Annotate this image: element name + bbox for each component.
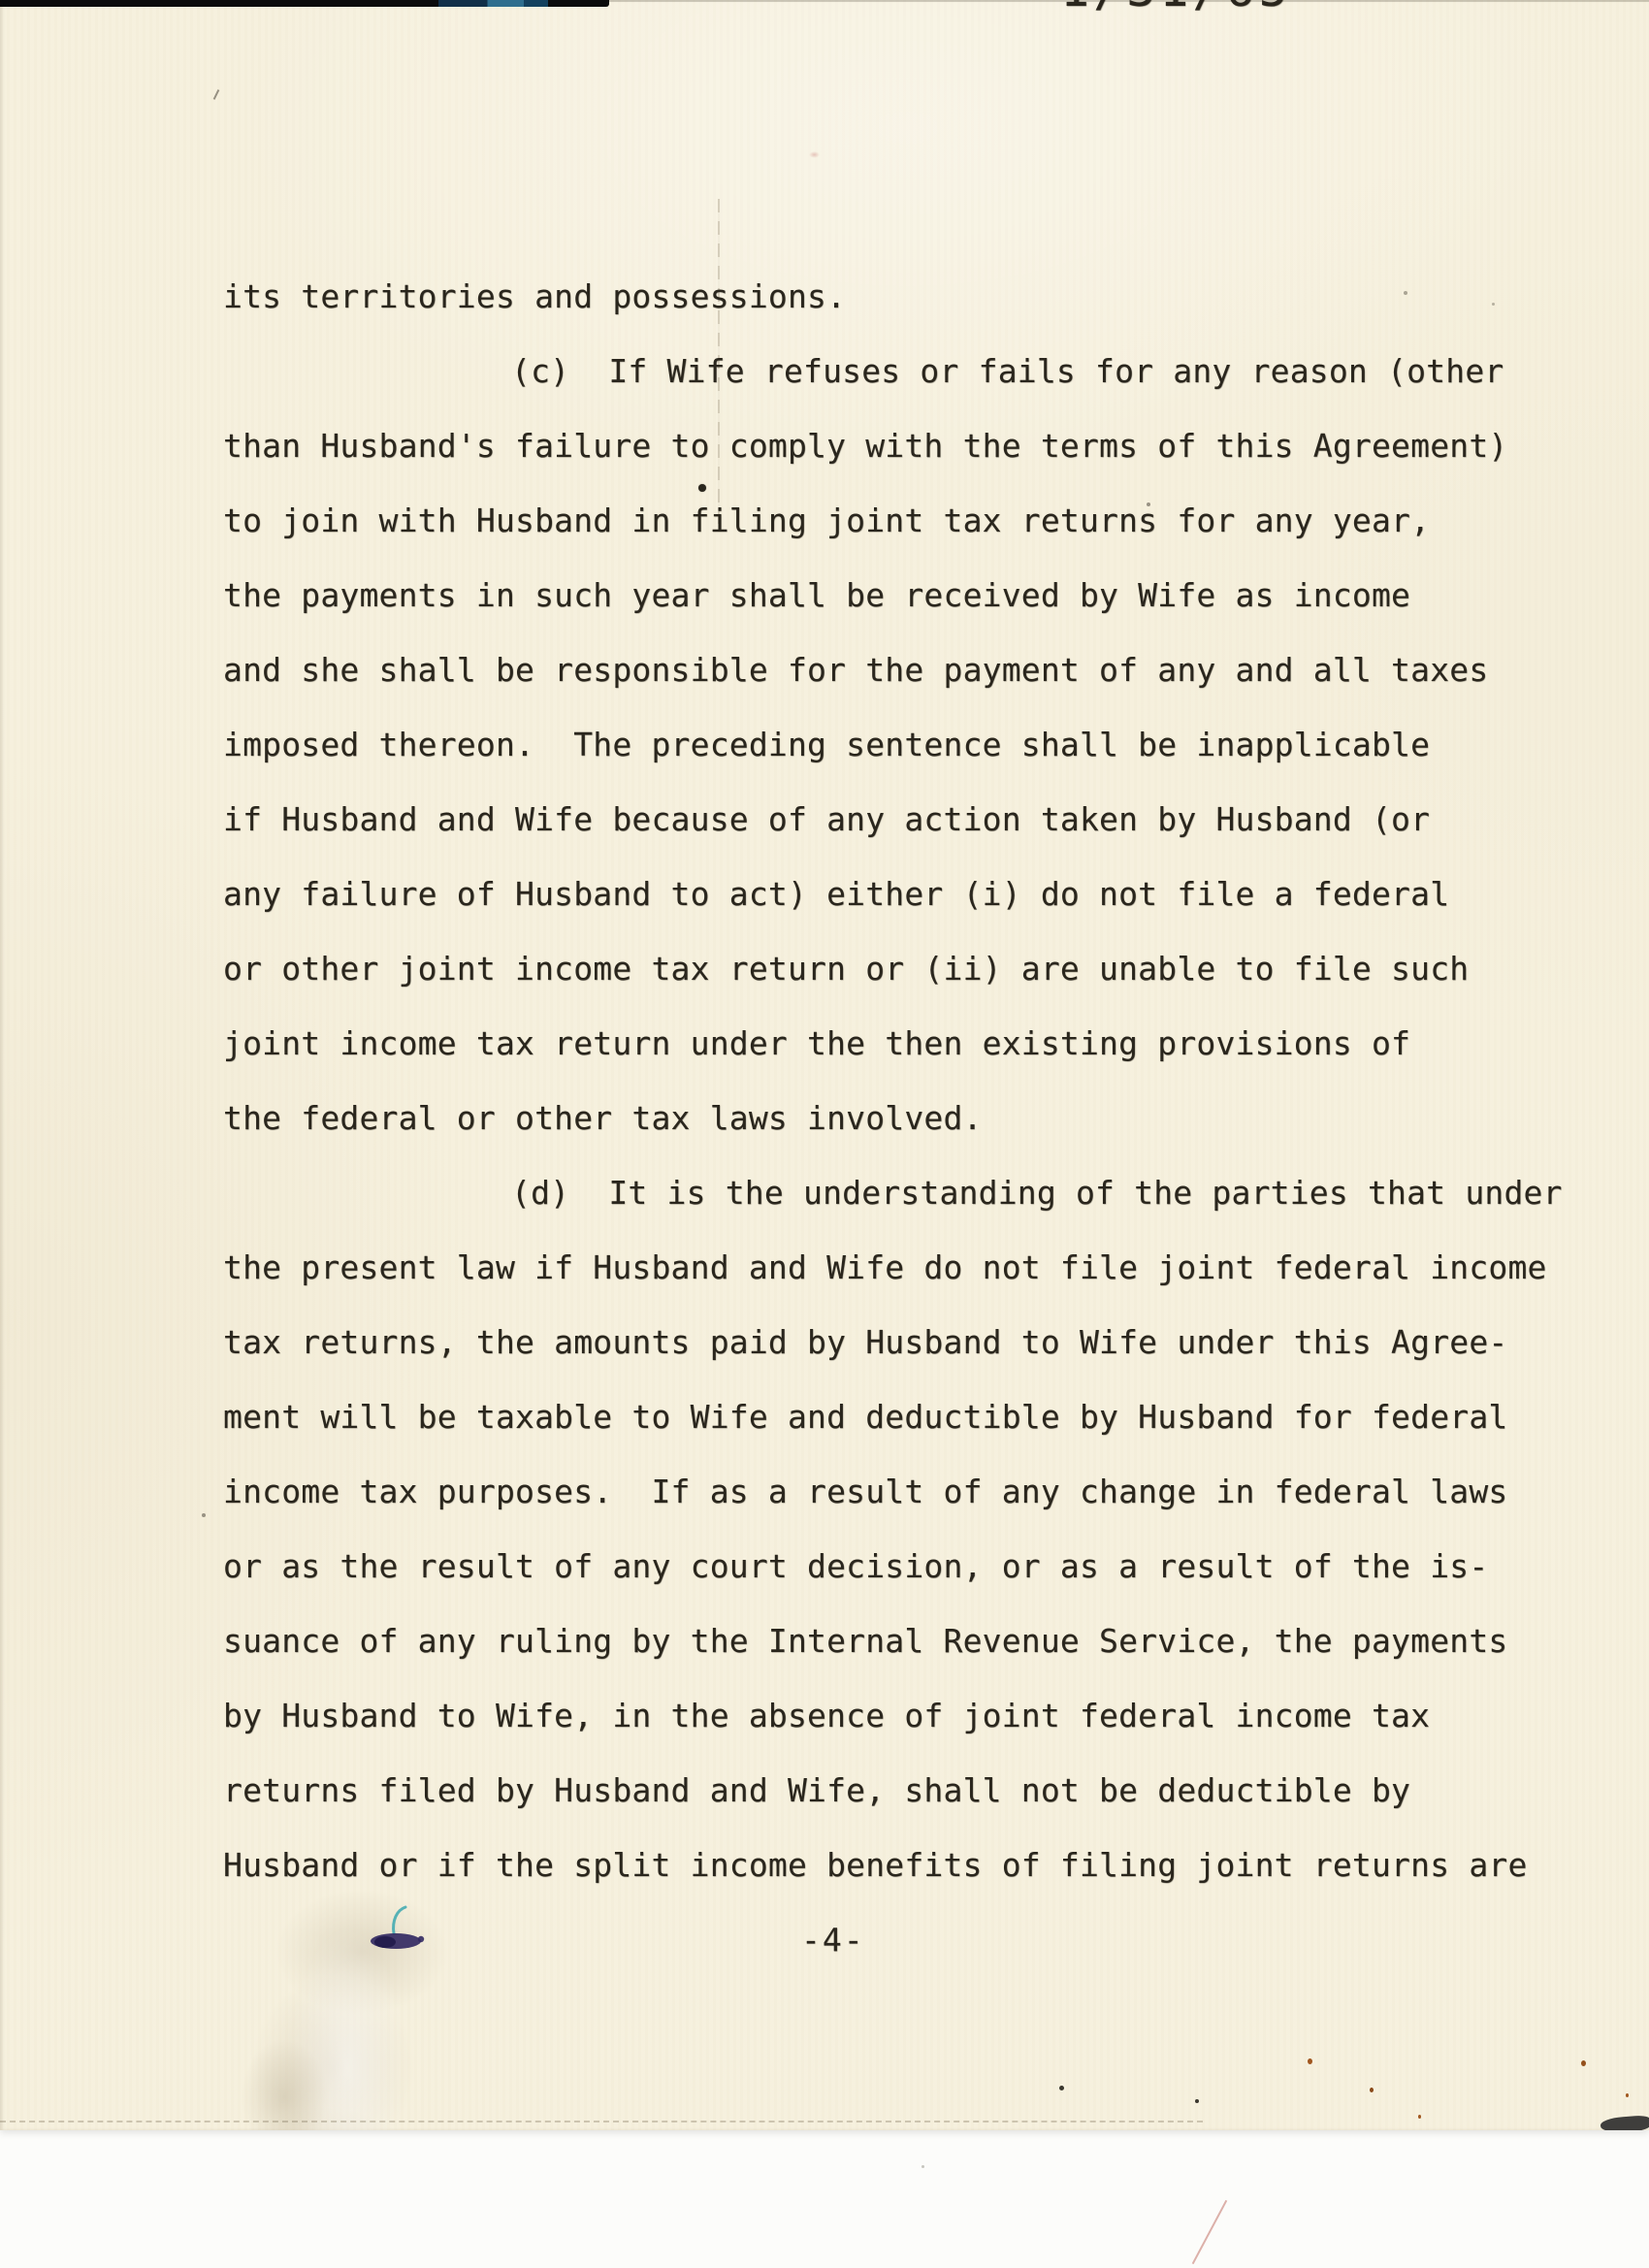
scan-edge-artifact xyxy=(0,0,609,7)
typed-line: than Husband's failure to comply with th… xyxy=(223,408,1581,483)
typed-line: by Husband to Wife, in the absence of jo… xyxy=(223,1678,1581,1753)
typed-line: or as the result of any court decision, … xyxy=(223,1529,1581,1604)
ink-speck xyxy=(213,89,220,100)
ink-speck xyxy=(1492,303,1495,306)
scan-edge-smudge xyxy=(1600,2115,1649,2130)
ink-speck xyxy=(809,151,820,158)
typed-line: suance of any ruling by the Internal Rev… xyxy=(223,1604,1581,1678)
ink-speck xyxy=(1404,291,1407,295)
typed-line: its territories and possessions. xyxy=(223,259,1581,334)
ink-speck xyxy=(1147,502,1150,506)
rust-speck xyxy=(1581,2060,1586,2066)
ink-blot xyxy=(367,1901,435,1958)
ink-speck xyxy=(1059,2086,1064,2090)
typed-line: (c) If Wife refuses or fails for any rea… xyxy=(223,334,1581,408)
ink-speck xyxy=(921,2165,924,2168)
typed-line: tax returns, the amounts paid by Husband… xyxy=(223,1305,1581,1379)
rust-speck xyxy=(1626,2093,1629,2097)
paper-bottom-edge xyxy=(0,2121,1203,2122)
typed-line: joint income tax return under the then e… xyxy=(223,1006,1581,1081)
typed-line: returns filed by Husband and Wife, shall… xyxy=(223,1753,1581,1828)
rust-speck xyxy=(1370,2088,1374,2092)
ink-speck xyxy=(202,1513,206,1517)
typed-line: the federal or other tax laws involved. xyxy=(223,1081,1581,1155)
rust-speck xyxy=(1308,2058,1312,2064)
typed-line: the payments in such year shall be recei… xyxy=(223,558,1581,632)
paper-sheet: 1/31/65 its territories and possessions.… xyxy=(0,0,1649,2130)
typed-line: ment will be taxable to Wife and deducti… xyxy=(223,1379,1581,1454)
document-scan: 1/31/65 its territories and possessions.… xyxy=(0,0,1649,2268)
typed-line: any failure of Husband to act) either (i… xyxy=(223,857,1581,931)
typed-text-block: its territories and possessions.(c) If W… xyxy=(223,259,1581,1902)
typed-line: or other joint income tax return or (ii)… xyxy=(223,931,1581,1006)
page-number: -4- xyxy=(801,1902,865,1977)
typed-line: the present law if Husband and Wife do n… xyxy=(223,1230,1581,1305)
typed-line: if Husband and Wife because of any actio… xyxy=(223,782,1581,857)
typed-line: (d) It is the understanding of the parti… xyxy=(223,1155,1581,1230)
typed-line: to join with Husband in filing joint tax… xyxy=(223,483,1581,558)
paper-crinkle-smudge xyxy=(221,1884,483,2130)
red-scratch-mark xyxy=(1192,2200,1228,2264)
typed-line: imposed thereon. The preceding sentence … xyxy=(223,707,1581,782)
typed-line: income tax purposes. If as a result of a… xyxy=(223,1454,1581,1529)
header-date: 1/31/65 xyxy=(1060,0,1292,14)
rust-speck xyxy=(1418,2115,1421,2119)
typed-line: and she shall be responsible for the pay… xyxy=(223,632,1581,707)
ink-speck xyxy=(1195,2099,1199,2103)
